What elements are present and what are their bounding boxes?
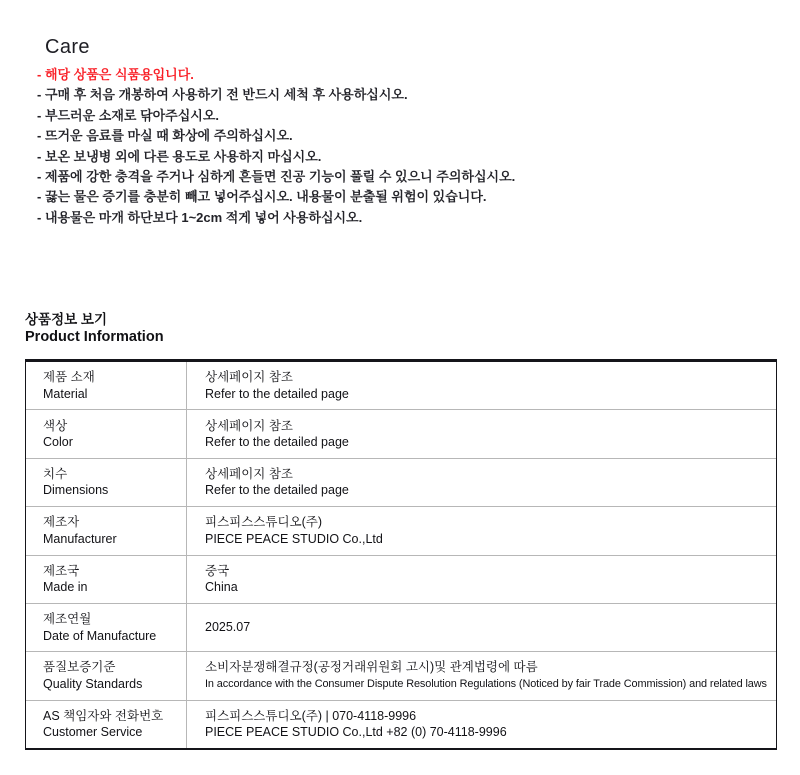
row-value: 피스피스스튜디오(주) | 070-4118-9996 PIECE PEACE … [187,701,776,748]
row-value-ko: 상세페이지 참조 [205,466,770,483]
care-instructions-list: - 해당 상품은 식품용입니다. - 구매 후 처음 개봉하여 사용하기 전 반… [37,65,515,228]
product-info-heading-en: Product Information [25,328,164,346]
row-value-ko: 피스피스스튜디오(주) | 070-4118-9996 [205,708,770,725]
product-info-heading: 상품정보 보기 Product Information [25,311,164,346]
table-row-quality-standards: 품질보증기준 Quality Standards 소비자분쟁해결규정(공정거래위… [26,651,776,699]
row-label-en: Quality Standards [43,676,180,693]
care-section-title: Care [45,36,90,59]
row-label-ko: 품질보증기준 [43,659,180,676]
row-value-date: 2025.07 [205,619,770,636]
row-label-ko: 제조연월 [43,611,180,628]
row-label-en: Customer Service [43,724,180,741]
row-label: 제품 소재 Material [26,362,187,409]
row-label-ko: 제조자 [43,514,180,531]
row-label: AS 책임자와 전화번호 Customer Service [26,701,187,748]
care-item: - 내용물은 마개 하단보다 1~2cm 적게 넣어 사용하십시오. [37,208,515,228]
care-item: - 부드러운 소재로 닦아주십시오. [37,106,515,126]
row-value-en: Refer to the detailed page [205,434,770,451]
care-item: - 끓는 물은 증기를 충분히 빼고 넣어주십시오. 내용물이 분출될 위험이 … [37,187,515,207]
row-label-en: Made in [43,579,180,596]
row-label-en: Material [43,386,180,403]
row-label-ko: 색상 [43,418,180,435]
row-value: 상세페이지 참조 Refer to the detailed page [187,362,776,409]
row-value: 상세페이지 참조 Refer to the detailed page [187,410,776,457]
row-label: 품질보증기준 Quality Standards [26,652,187,699]
product-info-table: 제품 소재 Material 상세페이지 참조 Refer to the det… [25,359,777,750]
care-item-food-grade: - 해당 상품은 식품용입니다. [37,65,515,85]
row-label: 색상 Color [26,410,187,457]
table-row-material: 제품 소재 Material 상세페이지 참조 Refer to the det… [26,362,776,409]
row-label: 제조연월 Date of Manufacture [26,604,187,651]
row-value: 중국 China [187,556,776,603]
row-label: 제조자 Manufacturer [26,507,187,554]
table-row-color: 색상 Color 상세페이지 참조 Refer to the detailed … [26,409,776,457]
row-value-ko: 피스피스스튜디오(주) [205,514,770,531]
row-label-ko: 제품 소재 [43,369,180,386]
row-label-en: Manufacturer [43,531,180,548]
row-label-en: Date of Manufacture [43,628,180,645]
row-value-en: PIECE PEACE STUDIO Co.,Ltd [205,531,770,548]
row-label-ko: 치수 [43,466,180,483]
row-value-en: Refer to the detailed page [205,482,770,499]
table-row-dimensions: 치수 Dimensions 상세페이지 참조 Refer to the deta… [26,458,776,506]
row-value: 상세페이지 참조 Refer to the detailed page [187,459,776,506]
care-item: - 제품에 강한 충격을 주거나 심하게 흔들면 진공 기능이 풀릴 수 있으니… [37,167,515,187]
row-value: 2025.07 [187,604,776,651]
table-row-made-in: 제조국 Made in 중국 China [26,555,776,603]
row-value-en: PIECE PEACE STUDIO Co.,Ltd +82 (0) 70-41… [205,724,770,741]
row-value-ko: 상세페이지 참조 [205,369,770,386]
row-value-ko: 상세페이지 참조 [205,418,770,435]
row-label-en: Dimensions [43,482,180,499]
table-row-manufacture-date: 제조연월 Date of Manufacture 2025.07 [26,603,776,651]
row-label-ko: 제조국 [43,563,180,580]
row-value-en: China [205,579,770,596]
row-value-en: Refer to the detailed page [205,386,770,403]
table-row-manufacturer: 제조자 Manufacturer 피스피스스튜디오(주) PIECE PEACE… [26,506,776,554]
row-label: 치수 Dimensions [26,459,187,506]
row-value-en: In accordance with the Consumer Dispute … [205,676,770,693]
product-info-heading-ko: 상품정보 보기 [25,311,164,328]
care-item: - 뜨거운 음료를 마실 때 화상에 주의하십시오. [37,126,515,146]
table-row-customer-service: AS 책임자와 전화번호 Customer Service 피스피스스튜디오(주… [26,700,776,748]
care-item: - 보온 보냉병 외에 다른 용도로 사용하지 마십시오. [37,147,515,167]
row-value: 소비자분쟁해결규정(공정거래위원회 고시)및 관계법령에 따름 In accor… [187,652,776,699]
row-value-ko: 중국 [205,563,770,580]
row-label: 제조국 Made in [26,556,187,603]
row-label-en: Color [43,434,180,451]
row-value-ko: 소비자분쟁해결규정(공정거래위원회 고시)및 관계법령에 따름 [205,659,770,676]
row-label-ko: AS 책임자와 전화번호 [43,708,180,725]
care-item: - 구매 후 처음 개봉하여 사용하기 전 반드시 세척 후 사용하십시오. [37,85,515,105]
row-value: 피스피스스튜디오(주) PIECE PEACE STUDIO Co.,Ltd [187,507,776,554]
